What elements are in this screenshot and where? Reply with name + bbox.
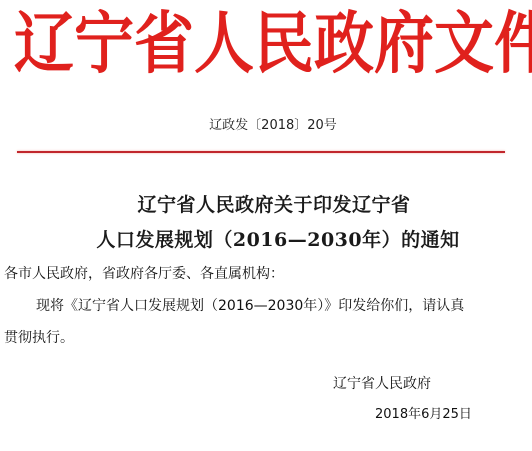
document-title-line-1: 辽宁省人民政府关于印发辽宁省 (0, 190, 532, 217)
masthead-char: 省 (134, 0, 194, 89)
salutation: 各市人民政府，省政府各厅委、各直属机构： (4, 263, 284, 283)
masthead-char: 辽 (14, 0, 74, 89)
masthead-char: 宁 (74, 0, 134, 89)
masthead-char: 府 (374, 0, 434, 89)
document-number: 辽政发〔2018〕20号 (0, 114, 532, 133)
masthead-char: 民 (254, 0, 314, 89)
red-divider-line (17, 151, 505, 153)
body-paragraph-line-2: 贯彻执行。 (4, 327, 74, 347)
issue-date: 2018年6月25日 (375, 403, 472, 422)
masthead-char: 文 (434, 0, 494, 89)
masthead-char: 人 (194, 0, 254, 89)
masthead-char: 政 (314, 0, 374, 89)
document-masthead: 辽 宁 省 人 民 政 府 文 件 (14, 4, 514, 84)
body-paragraph-line-1: 现将《辽宁省人口发展规划（2016—2030年）》印发给你们，请认真 (36, 295, 464, 315)
masthead-char: 件 (494, 0, 532, 89)
document-title-line-2: 人口发展规划（2016—2030年）的通知 (0, 225, 532, 252)
issuer-signature: 辽宁省人民政府 (333, 373, 431, 393)
